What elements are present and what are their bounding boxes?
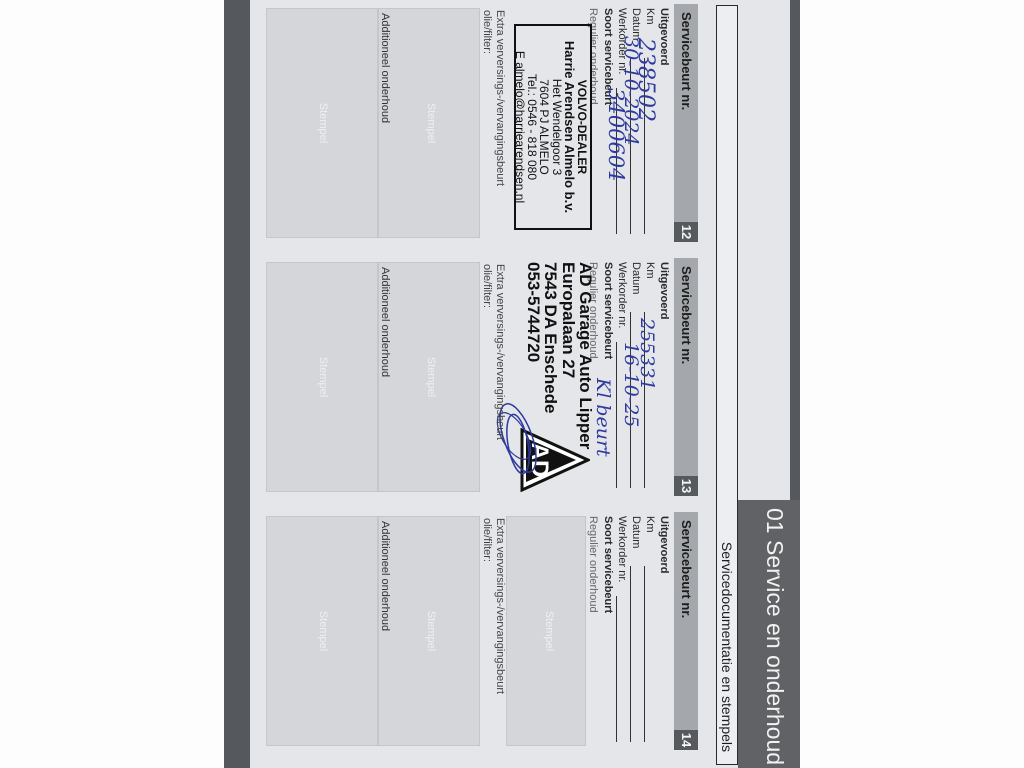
datum-label: Datum <box>630 262 642 294</box>
card-header: Servicebeurt nr. 12 <box>674 4 698 242</box>
werkorder-line <box>616 596 617 742</box>
stamp-placeholder: Stempel <box>425 9 437 237</box>
card-number: 12 <box>674 222 698 242</box>
document-photo: 01 Service en onderhoud Servicedocumenta… <box>224 0 800 768</box>
extra-sub-label: olie/filter: <box>481 264 493 308</box>
additioneel-label: Additioneel onderhoud <box>379 267 391 377</box>
card-header-label: Servicebeurt nr. <box>679 266 694 364</box>
card-number: 14 <box>674 730 698 750</box>
uitgevoerd-label: Uitgevoerd <box>656 262 670 492</box>
stamp-area-2: Additioneel onderhoud Stempel <box>266 262 378 492</box>
km-line <box>644 566 645 742</box>
chapter-title: 01 Service en onderhoud <box>761 508 788 765</box>
handwritten-soort: Kl beurt <box>592 378 614 457</box>
extra-label: Extra verversings-/vervangingsbeurt <box>494 518 506 694</box>
soort-label: Soort servicebeurt <box>600 262 614 492</box>
werkorder-label: Werkorder nr. <box>616 516 628 582</box>
service-booklet-page: 01 Service en onderhoud Servicedocumenta… <box>250 0 790 768</box>
card-number: 13 <box>674 476 698 496</box>
stamp-placeholder: Stempel <box>425 517 437 745</box>
extra-sub-label: olie/filter: <box>481 10 493 54</box>
stamp-placeholder: Stempel <box>317 263 329 491</box>
section-title: Servicedocumentatie en stempels <box>719 542 735 752</box>
stamp-area-0: Stempel <box>506 516 586 746</box>
datum-label: Datum <box>630 516 642 548</box>
section-title-box: Servicedocumentatie en stempels <box>716 5 738 765</box>
km-label: Km <box>644 516 656 533</box>
stamp-area-1: Stempel <box>378 262 480 492</box>
card-header: Servicebeurt nr. 14 <box>674 512 698 750</box>
service-card-12: Servicebeurt nr. 12 Uitgevoerd Km Datum … <box>258 4 698 242</box>
werkorder-field: Werkorder nr. <box>614 516 628 746</box>
stamp-line: VOLVO-DEALER <box>576 26 588 228</box>
stamp-area-2: Additioneel onderhoud Stempel <box>266 8 378 238</box>
stamp-line: Europalaan 27 <box>559 262 576 449</box>
uitgevoerd-label: Uitgevoerd <box>656 8 670 238</box>
km-label: Km <box>644 262 656 279</box>
km-field: Km <box>642 516 656 746</box>
handwritten-datum: 16-10-25 <box>620 342 642 427</box>
dealer-stamp-volvo: VOLVO-DEALER Harrie Arendsen Almelo b.v.… <box>514 24 592 230</box>
handwritten-werkorder: 3400604 <box>604 88 628 182</box>
card-header: Servicebeurt nr. 13 <box>674 258 698 496</box>
card-header-label: Servicebeurt nr. <box>679 12 694 110</box>
rotated-document: 01 Service en onderhoud Servicedocumenta… <box>224 0 800 768</box>
stamp-placeholder: Stempel <box>317 517 329 745</box>
stamp-area-2: Additioneel onderhoud Stempel <box>266 516 378 746</box>
stamp-area-1: Stempel <box>378 516 480 746</box>
regulier-label: Regulier onderhoud <box>585 516 599 746</box>
soort-label: Soort servicebeurt <box>600 516 614 746</box>
stamp-area-1: Stempel <box>378 8 480 238</box>
stamp-line: Het Wendelgoor 3 <box>550 26 562 228</box>
stamp-line: 7604 PJ ALMELO <box>538 26 550 228</box>
additioneel-label: Additioneel onderhoud <box>379 521 391 631</box>
extra-sub-label: olie/filter: <box>481 518 493 562</box>
additioneel-label: Additioneel onderhoud <box>379 13 391 123</box>
extra-label: Extra verversings-/vervangingsbeurt <box>494 10 506 186</box>
card-header-label: Servicebeurt nr. <box>679 520 694 618</box>
stamp-placeholder: Stempel <box>543 517 555 745</box>
km-label: Km <box>644 8 656 25</box>
stamp-line: AD Garage Auto Lipper <box>577 262 594 449</box>
service-card-13: Servicebeurt nr. 13 Uitgevoerd Km Datum … <box>258 258 698 496</box>
stamp-line: E almelo@harriearendsen.nl <box>514 26 526 228</box>
card-fields: Uitgevoerd Km Datum Werkorder nr. Soort … <box>585 516 670 746</box>
uitgevoerd-label: Uitgevoerd <box>656 516 670 746</box>
stamp-line: Harrie Arendsen Almelo b.v. <box>563 26 576 228</box>
datum-field: Datum <box>628 516 642 746</box>
datum-line <box>630 566 631 742</box>
service-card-14: Servicebeurt nr. 14 Uitgevoerd Km Datum … <box>258 512 698 750</box>
stamp-placeholder: Stempel <box>425 263 437 491</box>
werkorder-label: Werkorder nr. <box>616 262 628 328</box>
werkorder-line <box>616 342 617 488</box>
stamp-line: Tel.: 0546 - 818 080 <box>526 26 538 228</box>
extra-label: Extra verversings-/vervangingsbeurt <box>494 264 506 440</box>
stamp-placeholder: Stempel <box>317 9 329 237</box>
